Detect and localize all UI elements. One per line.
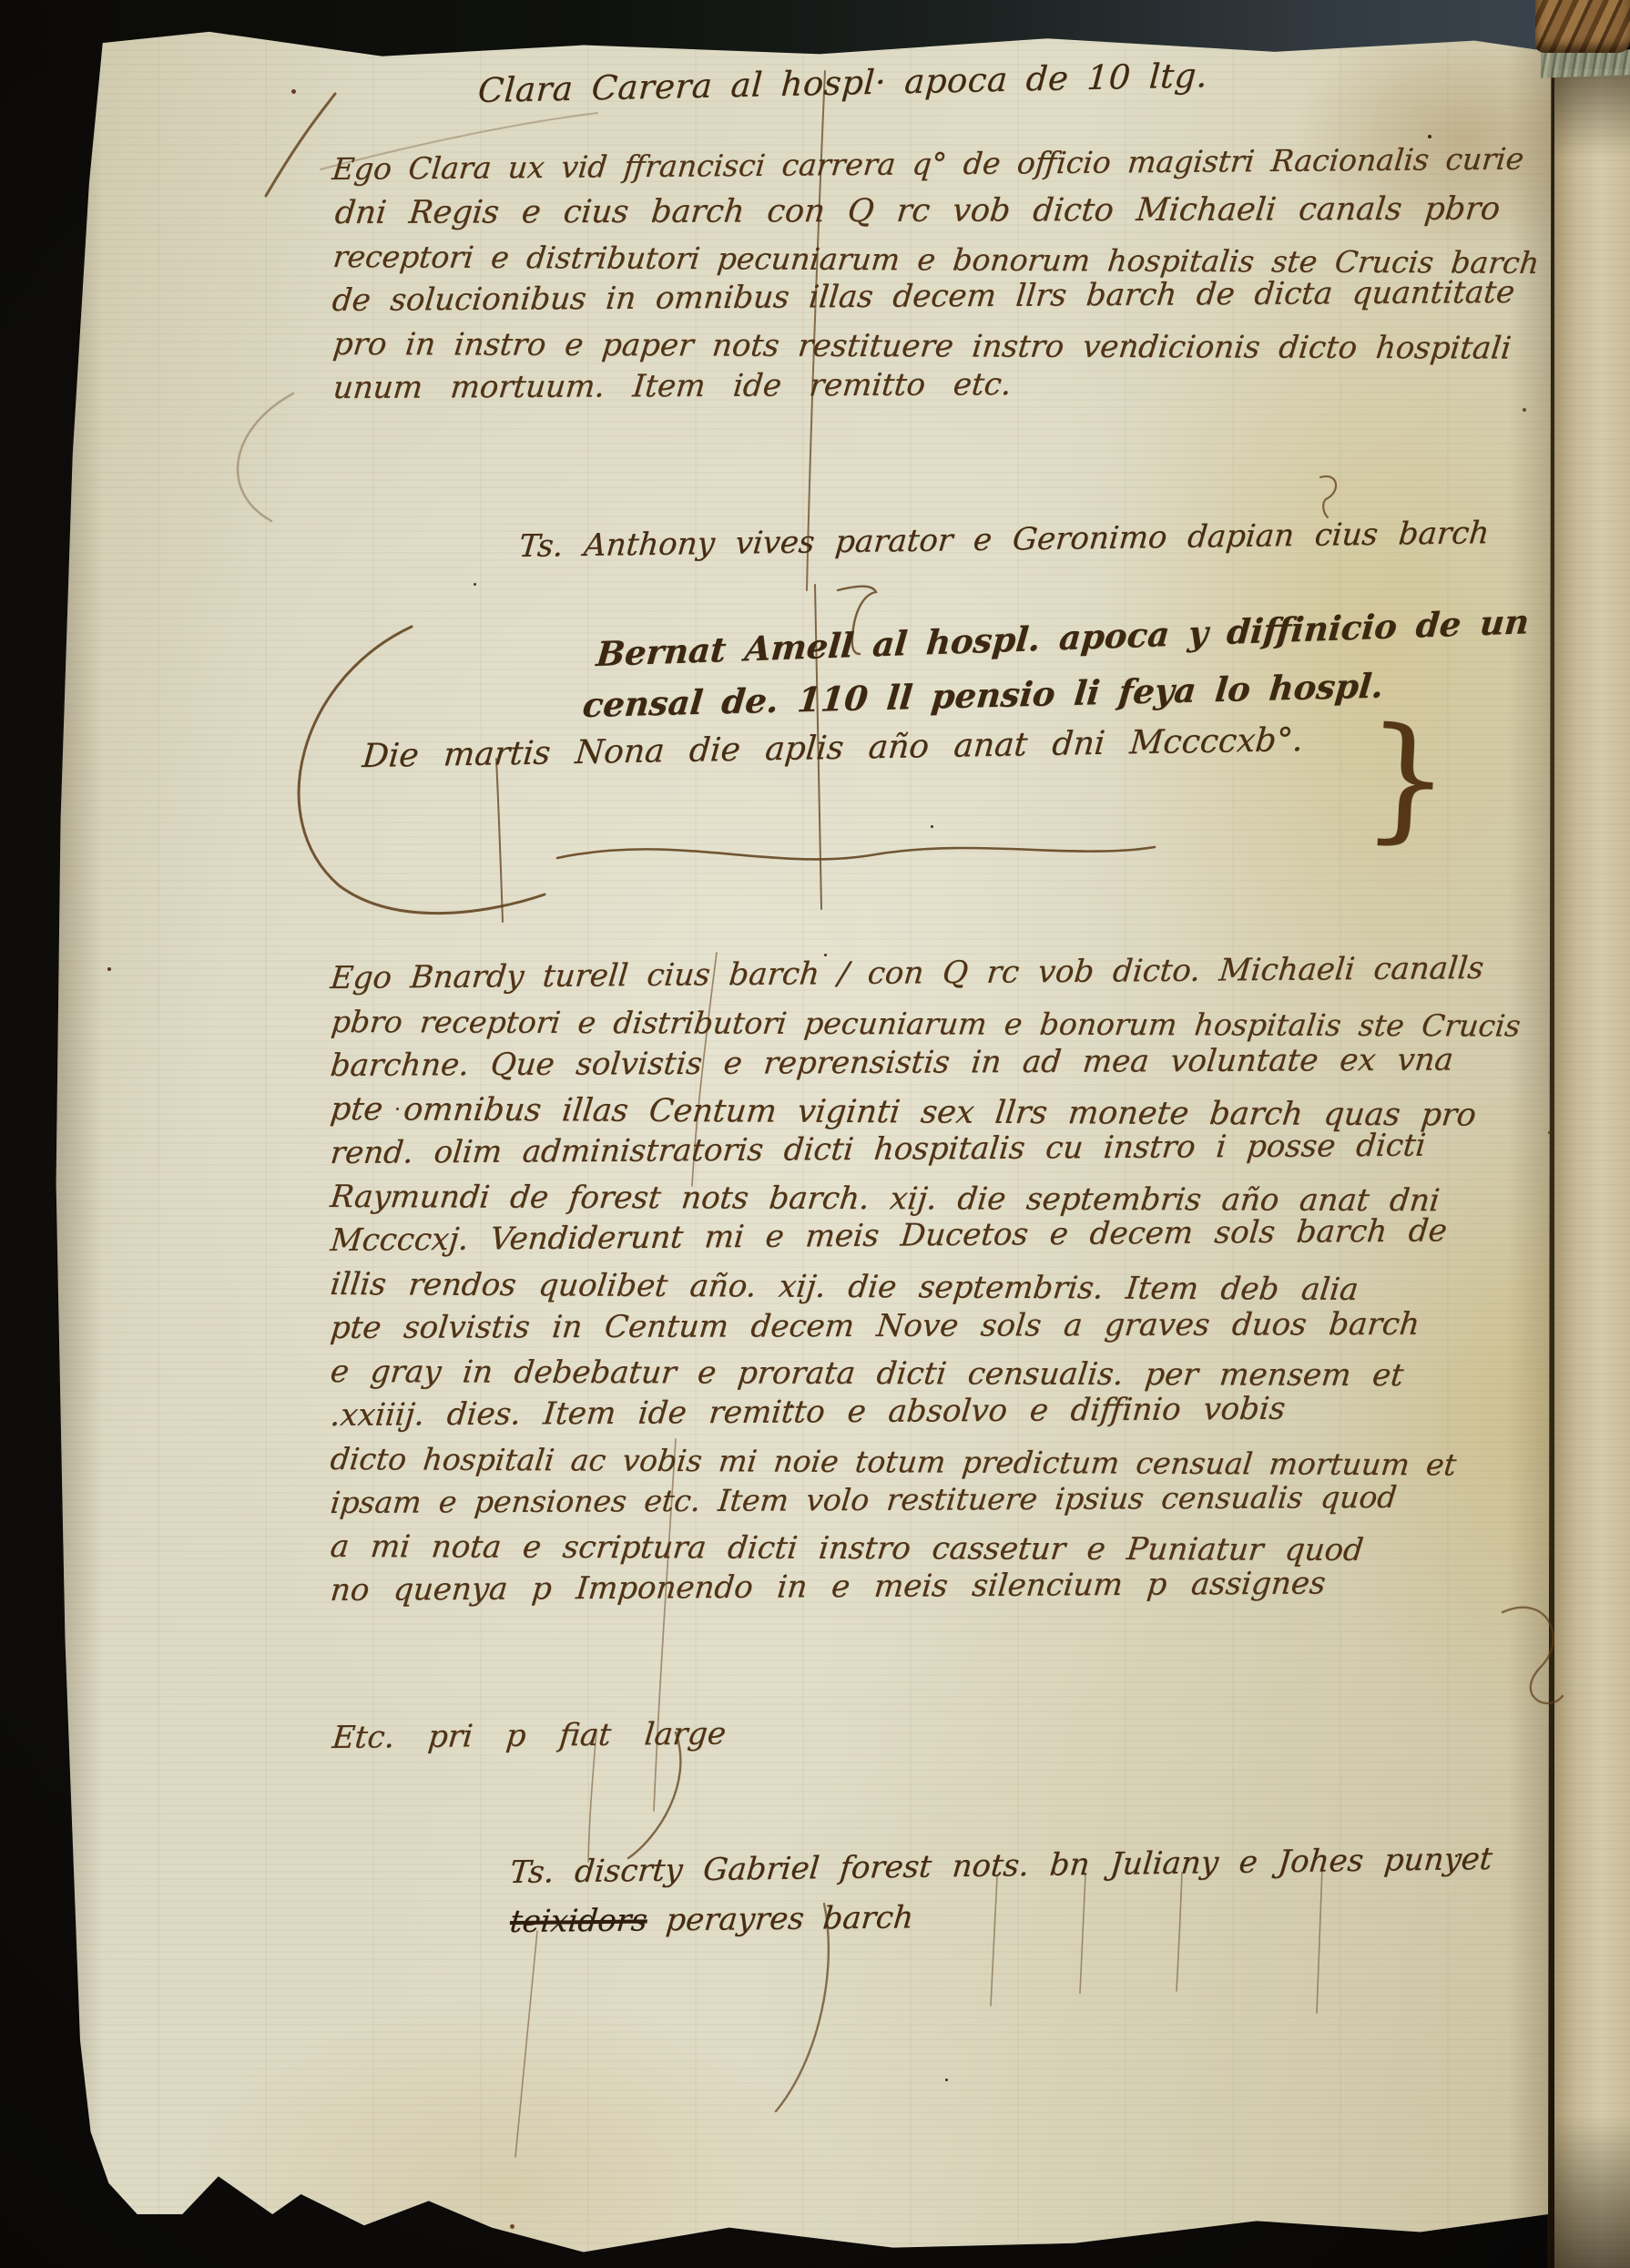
- ink-speck: [824, 954, 827, 956]
- ink-speck: [1523, 408, 1526, 412]
- heading-title: Clara Carera al hospl· apoca de 10 ltg.: [477, 56, 1209, 110]
- ink-speck: [1548, 1131, 1551, 1134]
- ink-speck: [510, 2224, 514, 2229]
- ink-speck: [790, 1405, 793, 1407]
- ink-speck: [1428, 135, 1431, 138]
- paragraph2-line: .xxiiij. dies. Item ide remitto e absolv…: [329, 1391, 1287, 1434]
- paragraph2-line: no quenya p Imponendo in e meis silenciu…: [329, 1565, 1327, 1609]
- ink-speck: [1129, 339, 1132, 342]
- paragraph2-line: barchne. Que solvistis e reprensistis in…: [329, 1042, 1455, 1084]
- struck-word: teixidors: [508, 1902, 648, 1940]
- ink-speck: [945, 2079, 948, 2081]
- rubric-line-1: Bernat Amell al hospl. apoca y diffinici…: [595, 601, 1531, 674]
- paragraph2-line: Ego Bnardy turell cius barch / con Q rc …: [329, 950, 1485, 996]
- handwritten-text-layer: Clara Carera al hospl· apoca de 10 ltg. …: [0, 0, 1630, 2268]
- paragraph1-line: pro in instro e paper nots restituere in…: [331, 326, 1513, 366]
- ink-speck: [474, 583, 476, 586]
- manuscript-photo: Clara Carera al hospl· apoca de 10 ltg. …: [0, 0, 1630, 2268]
- ink-speck: [291, 89, 296, 94]
- paragraph1-line: de solucionibus in omnibus illas decem l…: [331, 274, 1516, 319]
- paragraph2-line: Mccccxj. Vendiderunt mi e meis Ducetos e…: [329, 1212, 1449, 1259]
- paragraph1-line: Ego Clara ux vid ffrancisci carrera q° d…: [331, 141, 1525, 187]
- date-line: Die martis Nona die aplis año anat dni M…: [361, 721, 1305, 775]
- witness-line-1: Ts. Anthony vives parator e Geronimo dap…: [517, 515, 1491, 565]
- paragraph2-line: ipsam e pensiones etc. Item volo restitu…: [329, 1479, 1399, 1520]
- ink-speck: [931, 825, 933, 828]
- rubric-line-2: censal de. 110 ll pensio li feya lo hosp…: [581, 665, 1385, 725]
- paragraph2-line: dicto hospitali ac vobis mi noie totum p…: [329, 1441, 1458, 1482]
- paragraph2-line: pbro receptori e distributori pecuniarum…: [330, 1004, 1523, 1044]
- paragraph2-line: rend. olim administratoris dicti hospita…: [329, 1128, 1427, 1171]
- ink-speck: [1455, 1854, 1458, 1857]
- witness-line-3-rest: perayres barch: [646, 1899, 915, 1938]
- paragraph1-line: unum mortuum. Item ide remitto etc.: [331, 366, 1014, 406]
- paragraph2-line: e gray in debebatur e prorata dicti cens…: [329, 1354, 1405, 1394]
- paragraph2-line: illis rendos quolibet año. xij. die sept…: [329, 1266, 1360, 1308]
- paragraph2-line: a mi nota e scriptura dicti instro casse…: [329, 1528, 1365, 1568]
- paragraph2-line: pte solvistis in Centum decem Nove sols …: [329, 1306, 1421, 1346]
- ink-speck: [396, 1108, 399, 1110]
- witness-line-3: teixidors perayres barch: [508, 1899, 915, 1940]
- paragraph2-line: Raymundi de forest nots barch. xij. die …: [329, 1179, 1442, 1219]
- paragraph1-line: dni Regis e cius barch con Q rc vob dict…: [333, 191, 1502, 231]
- paragraph1-line: receptori e distributori pecuniarum e bo…: [331, 239, 1541, 281]
- closing-formula: Etc. pri p fiat large: [331, 1715, 728, 1756]
- ink-speck: [107, 967, 111, 971]
- witness-line-2: Ts. discrty Gabriel forest nots. bn Juli…: [508, 1841, 1493, 1891]
- right-brace-flourish: }: [1360, 698, 1453, 859]
